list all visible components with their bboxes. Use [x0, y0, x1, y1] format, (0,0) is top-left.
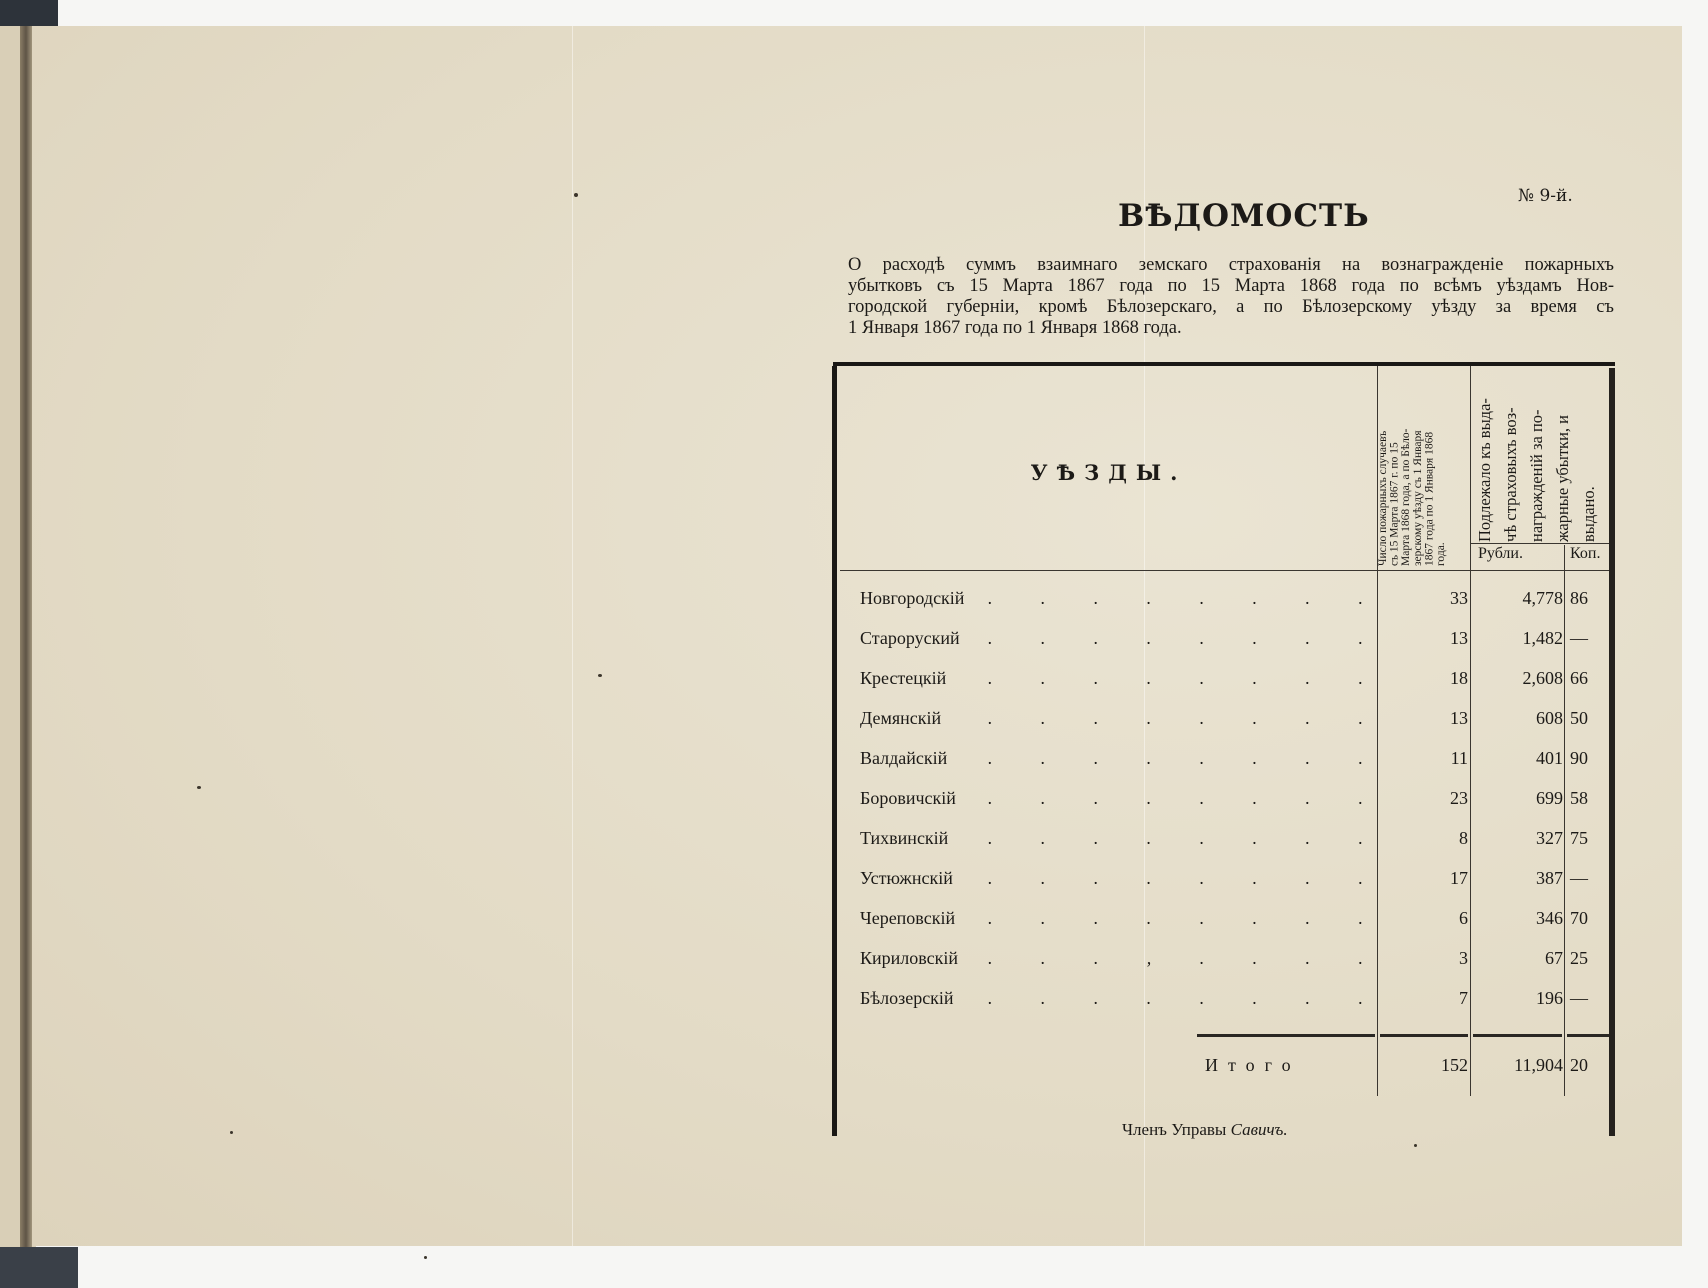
fold-line [572, 26, 573, 1246]
total-fire-count: 152 [1378, 1055, 1468, 1076]
rubles: 1,482 [1471, 628, 1563, 649]
table-row: Новгородскій ........ 33 4,778 86 [860, 588, 1610, 618]
signature-prefix: Членъ Управы [1122, 1120, 1226, 1139]
total-rule [1473, 1034, 1562, 1037]
fire-count: 11 [1378, 748, 1468, 769]
fire-count-column-header: Число пожарныхъ случаевъ съ 15 Марта 186… [1378, 370, 1470, 566]
district-name: Тихвинскій [860, 828, 948, 849]
table-top-border [833, 362, 1615, 366]
leader-dots: ........ [988, 628, 1363, 649]
total-kopecks: 20 [1570, 1055, 1610, 1076]
signature: Членъ Управы Савичъ. [1122, 1120, 1288, 1140]
header-line: Подлежало къ выда- [1472, 370, 1498, 542]
leader-dots: ........ [988, 908, 1363, 929]
kopecks-subheader: Коп. [1570, 545, 1600, 563]
kopecks: 50 [1570, 708, 1610, 729]
total-rule [1197, 1034, 1375, 1037]
leader-dots: ........ [988, 748, 1363, 769]
kopecks: — [1570, 868, 1610, 889]
header-line: Число пожарныхъ случаевъ [1378, 370, 1390, 566]
district-name: Валдайскій [860, 748, 947, 769]
description-line: О расходѣ суммъ взаимнаго земскаго страх… [848, 255, 1614, 276]
fire-count: 8 [1378, 828, 1468, 849]
document-title: ВѢДОМОСТЬ [1118, 198, 1358, 234]
fire-count: 13 [1378, 708, 1468, 729]
district-name: Крестецкій [860, 668, 946, 689]
rubles: 4,778 [1471, 588, 1563, 609]
table-row: Кириловскій ...,.... 3 67 25 [860, 948, 1610, 978]
document-description: О расходѣ суммъ взаимнаго земскаго страх… [848, 255, 1614, 339]
header-line: награжденій за по- [1524, 370, 1550, 542]
rubles: 2,608 [1471, 668, 1563, 689]
district-name: Череповскій [860, 908, 955, 929]
leader-dots: ........ [988, 828, 1363, 849]
district-name: Боровичскій [860, 788, 956, 809]
rubles: 346 [1471, 908, 1563, 929]
leader-dots: ........ [988, 868, 1363, 889]
table-left-border [832, 366, 837, 1136]
leader-dots: ........ [988, 988, 1363, 1009]
table-row: Устюжнскій ........ 17 387 — [860, 868, 1610, 898]
header-divider [840, 570, 1609, 571]
rubles-subheader: Рубли. [1478, 545, 1523, 563]
leader-dots: ........ [988, 708, 1363, 729]
table-row: Демянскій ........ 13 608 50 [860, 708, 1610, 738]
table-row: Валдайскій ........ 11 401 90 [860, 748, 1610, 778]
fire-count: 17 [1378, 868, 1468, 889]
district-name: Устюжнскій [860, 868, 953, 889]
leader-dots: ........ [988, 588, 1363, 609]
header-line: года. [1436, 370, 1448, 566]
table-row: Боровичскій ........ 23 699 58 [860, 788, 1610, 818]
kopecks: 25 [1570, 948, 1610, 969]
rubles: 196 [1471, 988, 1563, 1009]
table-row: Череповскій ........ 6 346 70 [860, 908, 1610, 938]
kopecks: 86 [1570, 588, 1610, 609]
description-line: городской губерніи, кромѣ Бѣлозерскаго, … [848, 297, 1614, 318]
rubles: 327 [1471, 828, 1563, 849]
fire-count: 33 [1378, 588, 1468, 609]
scanner-corner-top [0, 0, 58, 26]
table-row: Крестецкій ........ 18 2,608 66 [860, 668, 1610, 698]
signature-name: Савичъ. [1231, 1120, 1288, 1139]
document-number: № 9-й. [1518, 186, 1573, 206]
leader-dots: ........ [988, 788, 1363, 809]
header-line: 1867 года по 1 Января 1868 [1424, 370, 1436, 566]
unit-divider [1471, 543, 1609, 544]
fire-count: 6 [1378, 908, 1468, 929]
rubles: 387 [1471, 868, 1563, 889]
header-line: жарные убытки, и [1550, 370, 1576, 542]
description-line: убытковъ съ 15 Марта 1867 года по 15 Мар… [848, 276, 1614, 297]
kopecks: — [1570, 628, 1610, 649]
fire-count: 3 [1378, 948, 1468, 969]
district-name: Новгородскій [860, 588, 964, 609]
book-spine-shadow [20, 26, 32, 1248]
fire-count: 18 [1378, 668, 1468, 689]
paid-column-header: Подлежало къ выда- чѣ страховыхъ воз- на… [1472, 370, 1609, 542]
header-line: выдано. [1576, 370, 1602, 542]
leader-dots: ........ [988, 668, 1363, 689]
total-rule [1380, 1034, 1468, 1037]
total-row: 152 11,904 20 [860, 1055, 1610, 1085]
kopecks: 66 [1570, 668, 1610, 689]
district-name: Кириловскій [860, 948, 958, 969]
district-name: Демянскій [860, 708, 941, 729]
table-row: Тихвинскій ........ 8 327 75 [860, 828, 1610, 858]
rubles: 401 [1471, 748, 1563, 769]
kopecks: 90 [1570, 748, 1610, 769]
kopecks: 58 [1570, 788, 1610, 809]
rubles: 608 [1471, 708, 1563, 729]
total-rule [1567, 1034, 1609, 1037]
total-rubles: 11,904 [1471, 1055, 1563, 1076]
district-name: Староруский [860, 628, 960, 649]
districts-column-header: УѢЗДЫ. [840, 460, 1377, 485]
kopecks: — [1570, 988, 1610, 1009]
rubles: 699 [1471, 788, 1563, 809]
fire-count: 23 [1378, 788, 1468, 809]
header-line: чѣ страховыхъ воз- [1498, 370, 1524, 542]
fire-count: 7 [1378, 988, 1468, 1009]
leader-dots: ...,.... [988, 948, 1363, 969]
description-line: 1 Января 1867 года по 1 Января 1868 года… [848, 318, 1614, 339]
table-row: Бѣлозерскій ........ 7 196 — [860, 988, 1610, 1018]
fire-count: 13 [1378, 628, 1468, 649]
rubles: 67 [1471, 948, 1563, 969]
district-name: Бѣлозерскій [860, 988, 954, 1009]
kopecks: 70 [1570, 908, 1610, 929]
scanner-corner-bottom [0, 1247, 78, 1288]
kopecks: 75 [1570, 828, 1610, 849]
table-row: Староруский ........ 13 1,482 — [860, 628, 1610, 658]
